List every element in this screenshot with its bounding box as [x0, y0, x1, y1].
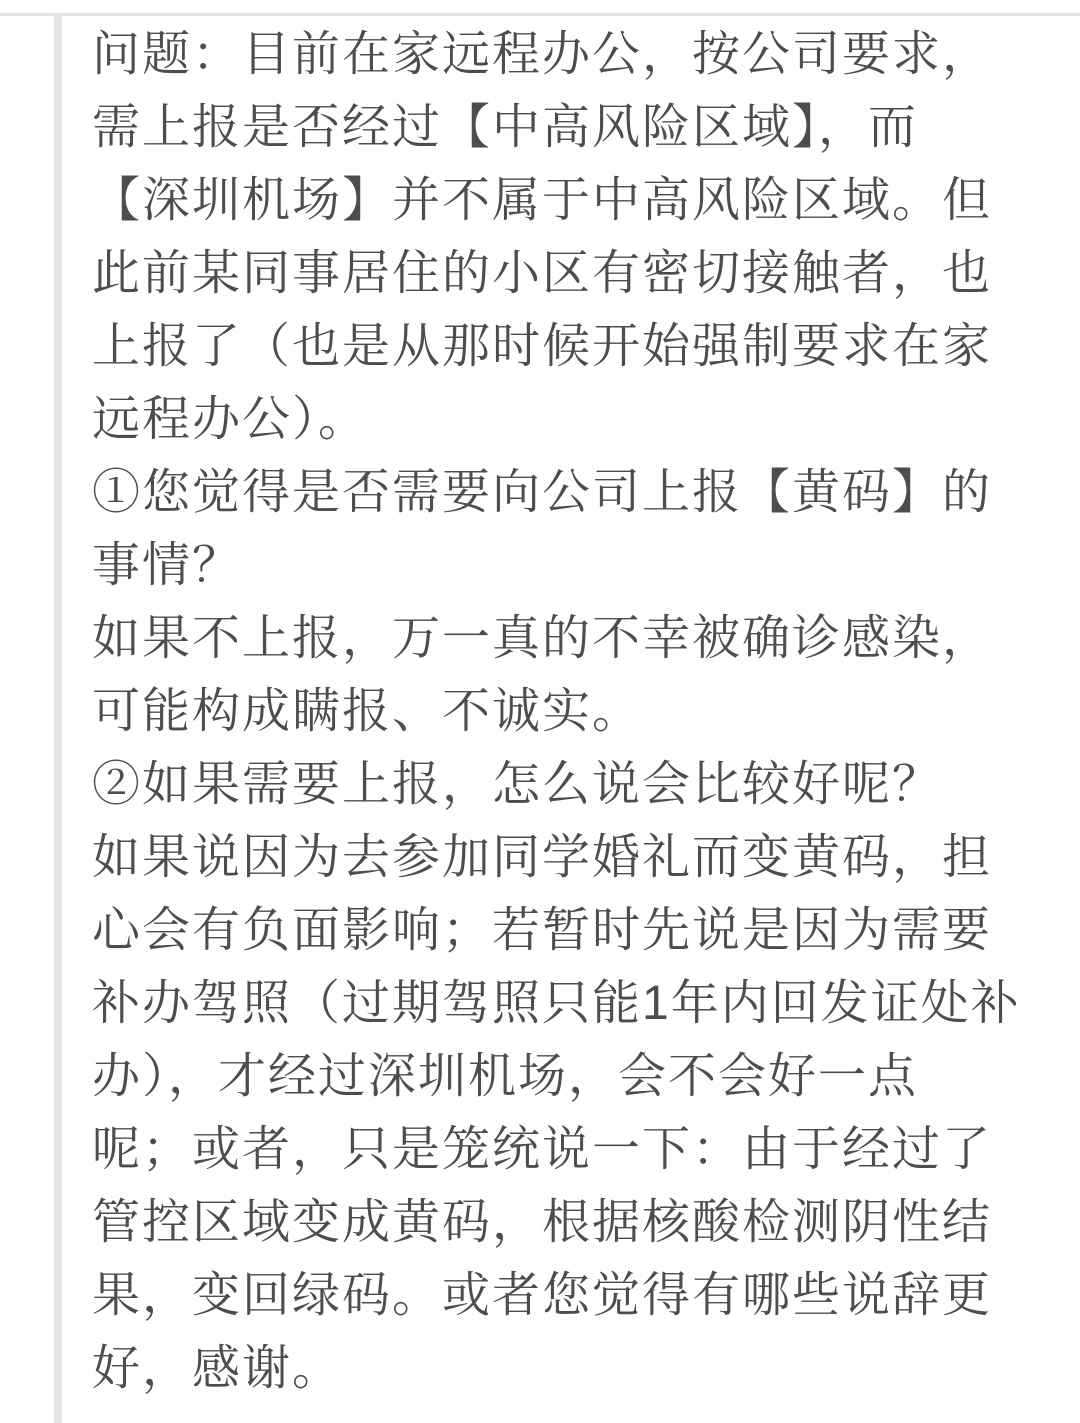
question-text: 问题：目前在家远程办公，按公司要求， 需上报是否经过【中高风险区域】，而 【深圳…	[92, 18, 1052, 1405]
top-divider-line	[0, 13, 1080, 16]
quote-left-bar	[54, 15, 62, 1423]
